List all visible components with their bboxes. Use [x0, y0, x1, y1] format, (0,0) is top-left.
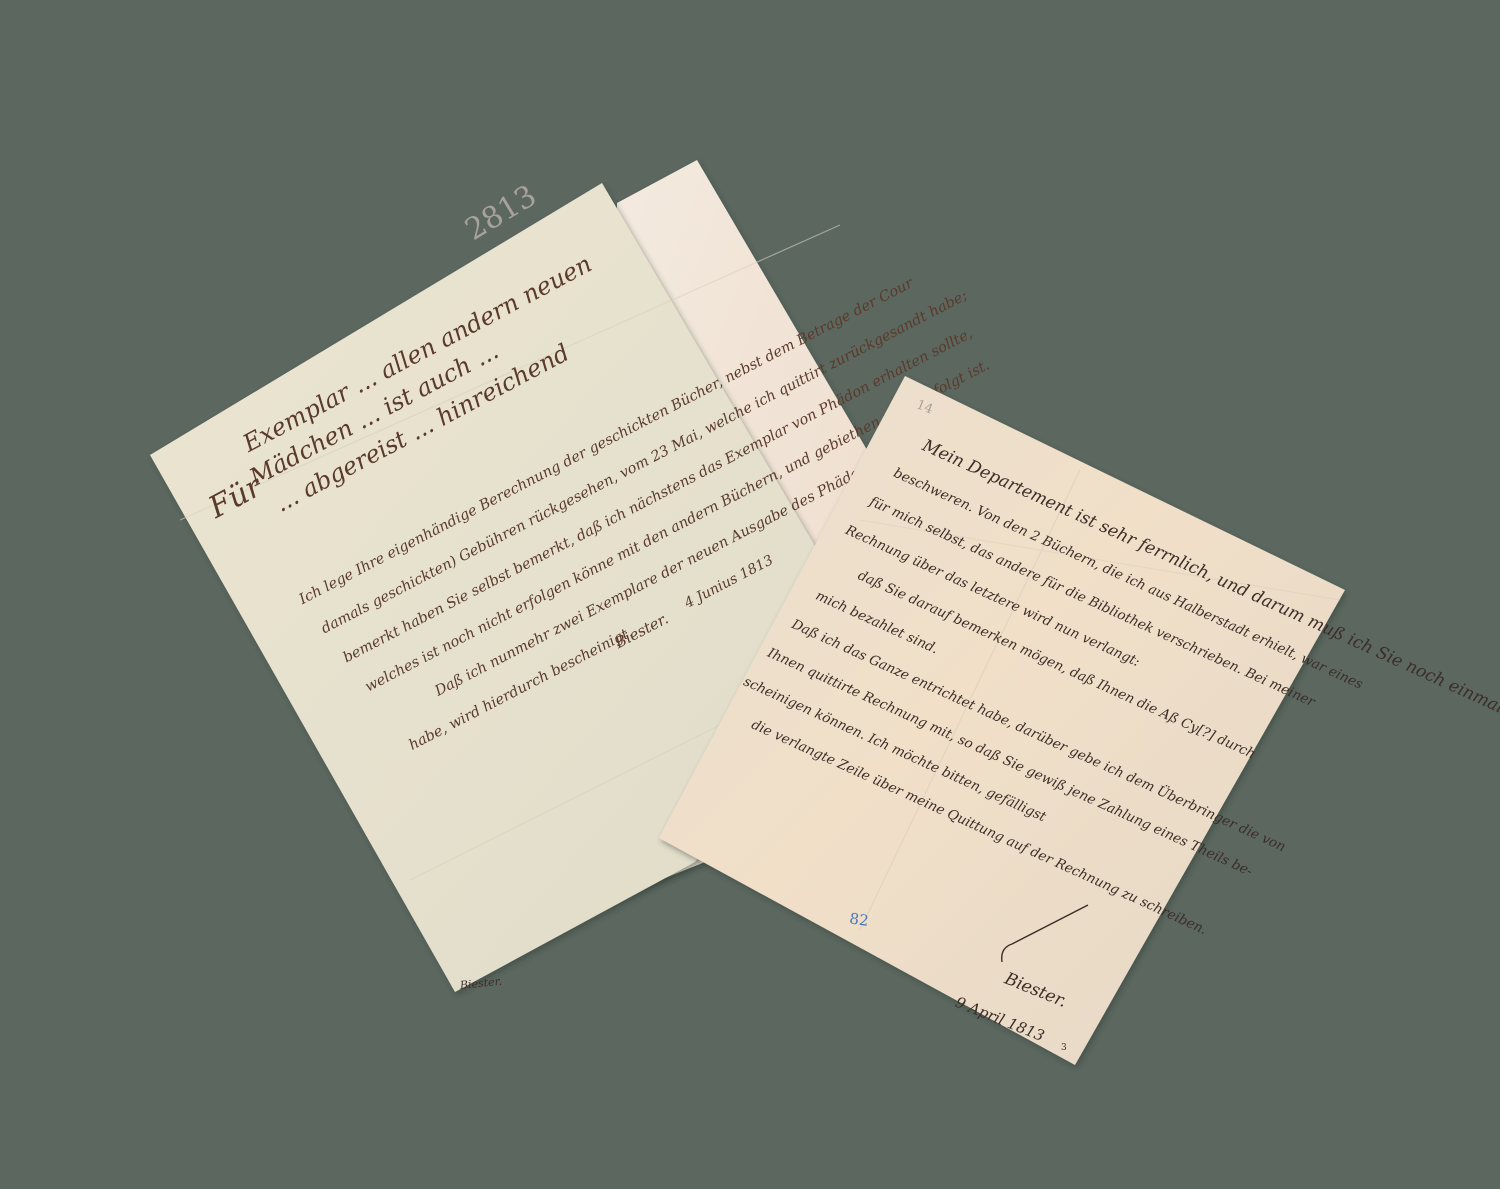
- archive-stamp-number: 82: [848, 909, 869, 929]
- page-number: 3: [1061, 1043, 1067, 1053]
- right-letter: 14 Mein Departement ist sehr ferrnlich, …: [0, 0, 1500, 1189]
